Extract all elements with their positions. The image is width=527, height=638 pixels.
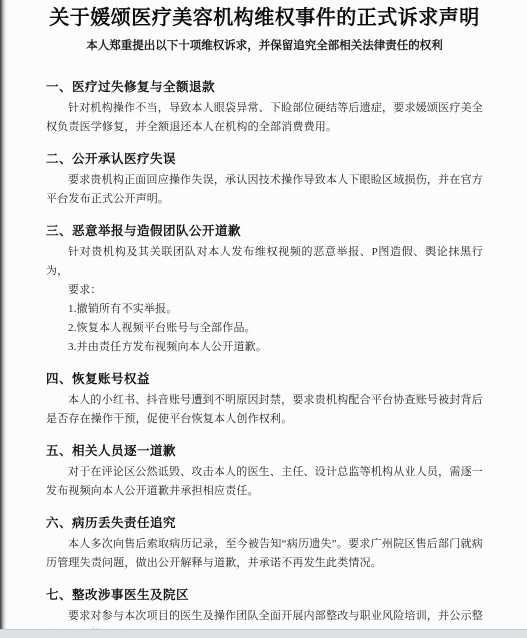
section-paragraph: 本人的小红书、抖音账号遭到不明原因封禁，要求贵机构配合平台协查账号被封背后是否存… xyxy=(46,391,483,429)
page-left-edge-shadow xyxy=(0,0,7,630)
section-paragraph: 针对贵机构及其关联团队对本人发布维权视频的恶意举报、P图造假、舆论抹黑行为， xyxy=(46,243,483,281)
claim-section: 二、公开承认医疗失误要求贵机构正面回应操作失误，承认因技术操作导致本人下眼睑区域… xyxy=(46,149,483,209)
document-subtitle: 本人郑重提出以下十项维权诉求，并保留追究全部相关法律责任的权利 xyxy=(46,38,483,54)
sections-container: 一、医疗过失修复与全额退款针对机构操作不当，导致本人眼袋异常、下睑部位硬结等后遗… xyxy=(46,77,483,638)
section-heading: 七、整改涉事医生及院区 xyxy=(46,585,483,605)
list-item: 3.并由责任方发布视频向本人公开道歉。 xyxy=(46,338,483,357)
section-paragraph: 针对机构操作不当，导致本人眼袋异常、下睑部位硬结等后遗症，要求媛颂医疗美全权负责… xyxy=(46,99,483,137)
claim-section: 六、病历丢失责任追究本人多次向售后索取病历记录，至今被告知“病历遗失”。要求广州… xyxy=(46,513,483,573)
section-heading: 二、公开承认医疗失误 xyxy=(46,149,483,169)
page-bottom-edge xyxy=(0,629,527,638)
document-page: 关于媛颂医疗美容机构维权事件的正式诉求声明 本人郑重提出以下十项维权诉求，并保留… xyxy=(0,0,527,638)
claim-section: 三、恶意举报与造假团队公开道歉针对贵机构及其关联团队对本人发布维权视频的恶意举报… xyxy=(46,221,483,357)
list-intro: 要求： xyxy=(46,281,483,300)
section-heading: 一、医疗过失修复与全额退款 xyxy=(46,77,483,97)
list-item: 1.撤销所有不实举报。 xyxy=(46,300,483,319)
claim-section: 一、医疗过失修复与全额退款针对机构操作不当，导致本人眼袋异常、下睑部位硬结等后遗… xyxy=(46,77,483,137)
section-heading: 六、病历丢失责任追究 xyxy=(46,513,483,533)
section-paragraph: 对于在评论区公然诋毁、攻击本人的医生、主任、设计总监等机构从业人员，需逐一发布视… xyxy=(46,463,483,501)
list-item: 2.恢复本人视频平台账号与全部作品。 xyxy=(46,319,483,338)
document-body: 关于媛颂医疗美容机构维权事件的正式诉求声明 本人郑重提出以下十项维权诉求，并保留… xyxy=(0,0,527,638)
document-title: 关于媛颂医疗美容机构维权事件的正式诉求声明 xyxy=(46,6,483,30)
claim-section: 五、相关人员逐一道歉对于在评论区公然诋毁、攻击本人的医生、主任、设计总监等机构从… xyxy=(46,441,483,501)
section-heading: 三、恶意举报与造假团队公开道歉 xyxy=(46,221,483,241)
section-paragraph: 本人多次向售后索取病历记录，至今被告知“病历遗失”。要求广州院区售后部门就病历管… xyxy=(46,535,483,573)
section-heading: 五、相关人员逐一道歉 xyxy=(46,441,483,461)
claim-section: 四、恢复账号权益本人的小红书、抖音账号遭到不明原因封禁，要求贵机构配合平台协查账… xyxy=(46,369,483,429)
section-heading: 四、恢复账号权益 xyxy=(46,369,483,389)
section-paragraph: 要求贵机构正面回应操作失误，承认因技术操作导致本人下眼睑区域损伤，并在官方平台发… xyxy=(46,171,483,209)
